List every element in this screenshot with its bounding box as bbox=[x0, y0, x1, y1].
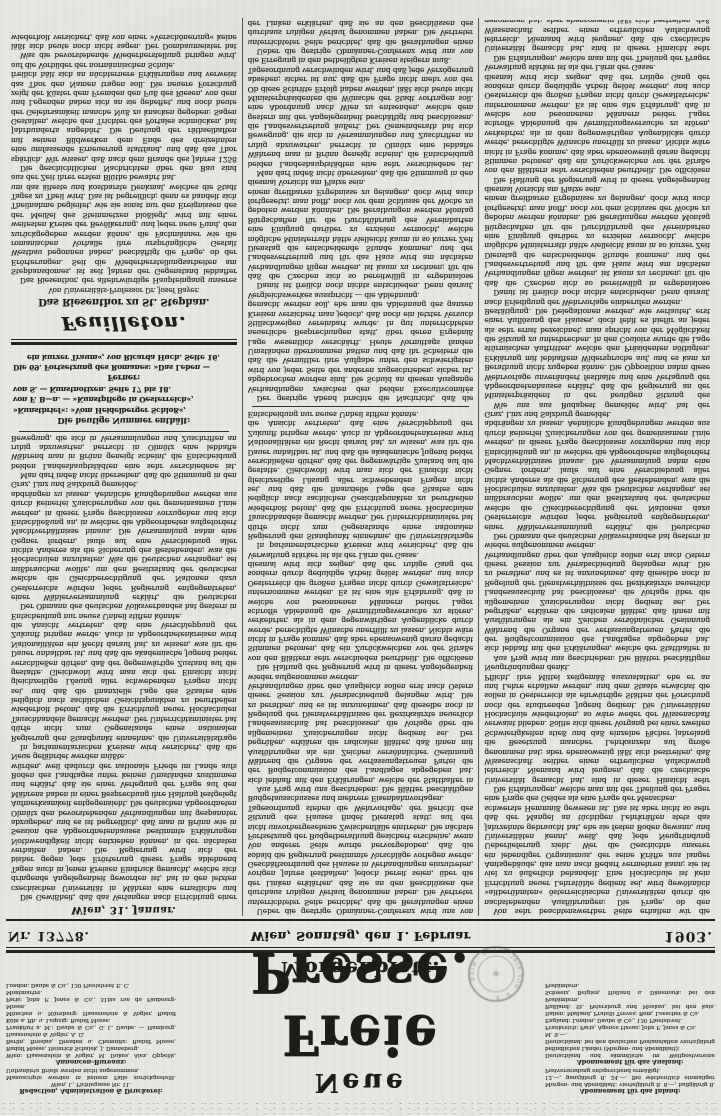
feuilleton-double-rule bbox=[11, 340, 237, 346]
agency-line: Frankfurt a. M.: Daube & Co., G. L. Daub… bbox=[6, 1016, 176, 1030]
title-line-neue: Neue bbox=[176, 1067, 545, 1097]
mirrored-page-wrapper: Redaction, Administration & Druckerei: W… bbox=[0, 0, 721, 1116]
thin-rule bbox=[19, 431, 229, 432]
body-columns: Wien, 31. Januar. Die Gewißheit, daß das… bbox=[6, 18, 715, 916]
newspaper-scan: Redaction, Administration & Druckerei: W… bbox=[0, 0, 721, 1116]
masthead-right-info: Abonnement für das Inland: Morgen- und A… bbox=[545, 983, 715, 1099]
newspaper-sheet: Redaction, Administration & Druckerei: W… bbox=[0, 0, 721, 1116]
paragraph: Wie uns aus Budapest gemeldet wird, hat … bbox=[484, 297, 710, 410]
agency-line: Paris: John F. Jones & Co., 31bis rue du… bbox=[6, 988, 176, 1002]
redaction-address: Wien, I., Fichtegasse Nr. 11. bbox=[6, 1080, 176, 1087]
feuilleton-byline: Von Universitäts-Professor Dr. Josef Bay… bbox=[11, 286, 237, 296]
ausland-note: Deutschland und sämmtliche im Weltpostve… bbox=[545, 1044, 715, 1058]
middle-section-bottom: Der gestrige Abend brachte die Nachricht… bbox=[248, 19, 474, 403]
ausland-line: England: London, Daube & Co., 130 Fleets… bbox=[545, 1016, 715, 1023]
feuilleton-text: Das Riesenthor, der altehrwürdige Haupte… bbox=[11, 34, 237, 286]
heavy-rule bbox=[6, 919, 715, 921]
section-divider-rule bbox=[252, 406, 470, 407]
publication-year: 1903. bbox=[543, 928, 713, 944]
paragraph: Die Haltung der Regierung wird in dieser… bbox=[484, 63, 710, 185]
paragraph: Der gestrige Abend brachte die Nachricht… bbox=[248, 291, 474, 404]
issue-number: Nr. 13778. bbox=[8, 928, 178, 943]
ausland-line: Rußland: St. Petersburg und Moskau, bei … bbox=[545, 995, 715, 1009]
redaction-address-header: Redaction, Administration & Druckerei: bbox=[6, 1087, 176, 1094]
paragraph: Man darf indeß nicht übersehen, daß die … bbox=[11, 434, 237, 480]
scan-edge-noise bbox=[0, 1099, 721, 1116]
annoncen-header: Annoncen-Bureaux: bbox=[6, 1058, 176, 1065]
paragraph: Die Haltung der Regierung wird in dieser… bbox=[248, 550, 474, 672]
paragraph: Damit ist freilich noch nichts entschied… bbox=[248, 178, 474, 291]
paragraph: Ueber die gestrige Obmänner-Conferenz wi… bbox=[248, 19, 474, 56]
paragraph: Man darf indeß nicht übersehen, daß die … bbox=[248, 56, 474, 178]
manuscript-note: Manuscripte werden in keinem Falle zurüc… bbox=[6, 1066, 176, 1080]
masthead: Redaction, Administration & Druckerei: W… bbox=[6, 983, 715, 1099]
paragraph: Aus Prag wird uns geschrieben: Die Blätt… bbox=[248, 672, 474, 794]
paragraph: Die Erfahrungen, welche man mit der Thei… bbox=[484, 663, 710, 794]
paragraph: Der Obmann des deutschen Volksverbandes … bbox=[11, 480, 237, 611]
column-left: Wien, 31. Januar. Die Gewißheit, daß das… bbox=[6, 18, 242, 916]
masthead-left-info: Redaction, Administration & Druckerei: W… bbox=[6, 983, 176, 1099]
agency-line: München u. Nürnberg: Haasenstein & Vogle… bbox=[6, 1002, 176, 1016]
agency-line: London: Daube & Co., 130 Fleetstreet E. … bbox=[6, 983, 176, 988]
paragraph: Von sehr beachtenswerther Seite erhalten… bbox=[484, 794, 710, 916]
contents-line: von F. B—n. — »Kunstpflege in Oesterreic… bbox=[13, 394, 235, 405]
ausland-line: Frankreich: Paris, Agence Havas; John F.… bbox=[545, 1023, 715, 1030]
middle-section-top: Ueber die gestrige Obmänner-Conferenz wi… bbox=[248, 410, 474, 916]
agency-line: Berlin, Breslau, Dresden u. Chemnitz: Ru… bbox=[6, 1030, 176, 1044]
ausland-line: Schweiz, Belgien, Holland u. Dänemark: b… bbox=[545, 983, 715, 995]
contents-line: Die 69. Fortsetzung des Romanes: »Das Le… bbox=[13, 362, 235, 373]
page-content: Redaction, Administration & Druckerei: W… bbox=[6, 18, 715, 1099]
agency-line: Wien: Haasenstein & Vogler, M. Dukes, Al… bbox=[6, 1044, 176, 1058]
paragraph: Ueber die gestrige Obmänner-Conferenz wi… bbox=[248, 794, 474, 916]
paragraph: Aus Prag wird uns geschrieben: Die Blätt… bbox=[484, 541, 710, 663]
paragraph: Die Erfahrungen, welche man mit der Thei… bbox=[484, 20, 710, 63]
contents-box-header: Die heutige Nummer enthält: bbox=[13, 415, 235, 426]
paragraph: Die geschichtlichen Nachrichten über den… bbox=[11, 61, 237, 174]
contents-line: von S. — Kunstnotizen. Seite 17 bis 18. bbox=[13, 384, 235, 395]
contents-box: Die heutige Nummer enthält: »Kunstbrief«… bbox=[11, 348, 237, 430]
lead-article: Die Gewißheit, daß das Verlangen nach Er… bbox=[11, 434, 237, 902]
paragraph: Die Gewißheit, daß das Verlangen nach Er… bbox=[11, 752, 237, 902]
lead-dateline: Wien, 31. Januar. bbox=[11, 902, 237, 916]
column-middle: Ueber die gestrige Obmänner-Conferenz wi… bbox=[242, 18, 479, 916]
feuilleton-title: Das Riesenthor zu St. Stephan. bbox=[11, 296, 237, 309]
abonnement-ausland-header: Abonnement für das Ausland: bbox=[545, 1058, 715, 1065]
paragraph: Damit ist freilich noch nichts entschied… bbox=[484, 185, 710, 298]
paragraph: Der Obmann des deutschen Volksverbandes … bbox=[484, 410, 710, 541]
paragraph: In parlamentarischen Kreisen wird versic… bbox=[248, 410, 474, 550]
title-line-freie-presse: Freie Presse. bbox=[176, 940, 545, 1065]
contents-line: ein kurzer Traum«, von Ricarda Huch. Sei… bbox=[13, 352, 235, 363]
contents-line: »Kunstbrief«: »Vom Heidelberger Schloß«, bbox=[13, 405, 235, 416]
masthead-title-block: Neue Freie Presse. bbox=[176, 983, 545, 1099]
inland-prices: Morgen- und Abendblatt: vierteljährig fl… bbox=[545, 1066, 715, 1087]
ausland-line: Deutschland: bei den deutschen Postansta… bbox=[545, 1030, 715, 1044]
contents-ferner: Ferner: bbox=[13, 373, 235, 384]
ausland-line: Italien: Mailand, Fratelli Treves; Rom, … bbox=[545, 1009, 715, 1016]
column-right: Von sehr beachtenswerther Seite erhalten… bbox=[478, 18, 715, 916]
paragraph: Das Riesenthor, der altehrwürdige Haupte… bbox=[11, 173, 237, 286]
paragraph: In parlamentarischen Kreisen wird versic… bbox=[11, 611, 237, 752]
abonnement-inland-header: Abonnement für das Inland: bbox=[545, 1087, 715, 1094]
paragraph: Was die bevorstehende Wiederherstellung … bbox=[11, 34, 237, 61]
feuilleton-header: Feuilleton. bbox=[11, 312, 237, 336]
right-section: Von sehr beachtenswerther Seite erhalten… bbox=[484, 20, 710, 916]
